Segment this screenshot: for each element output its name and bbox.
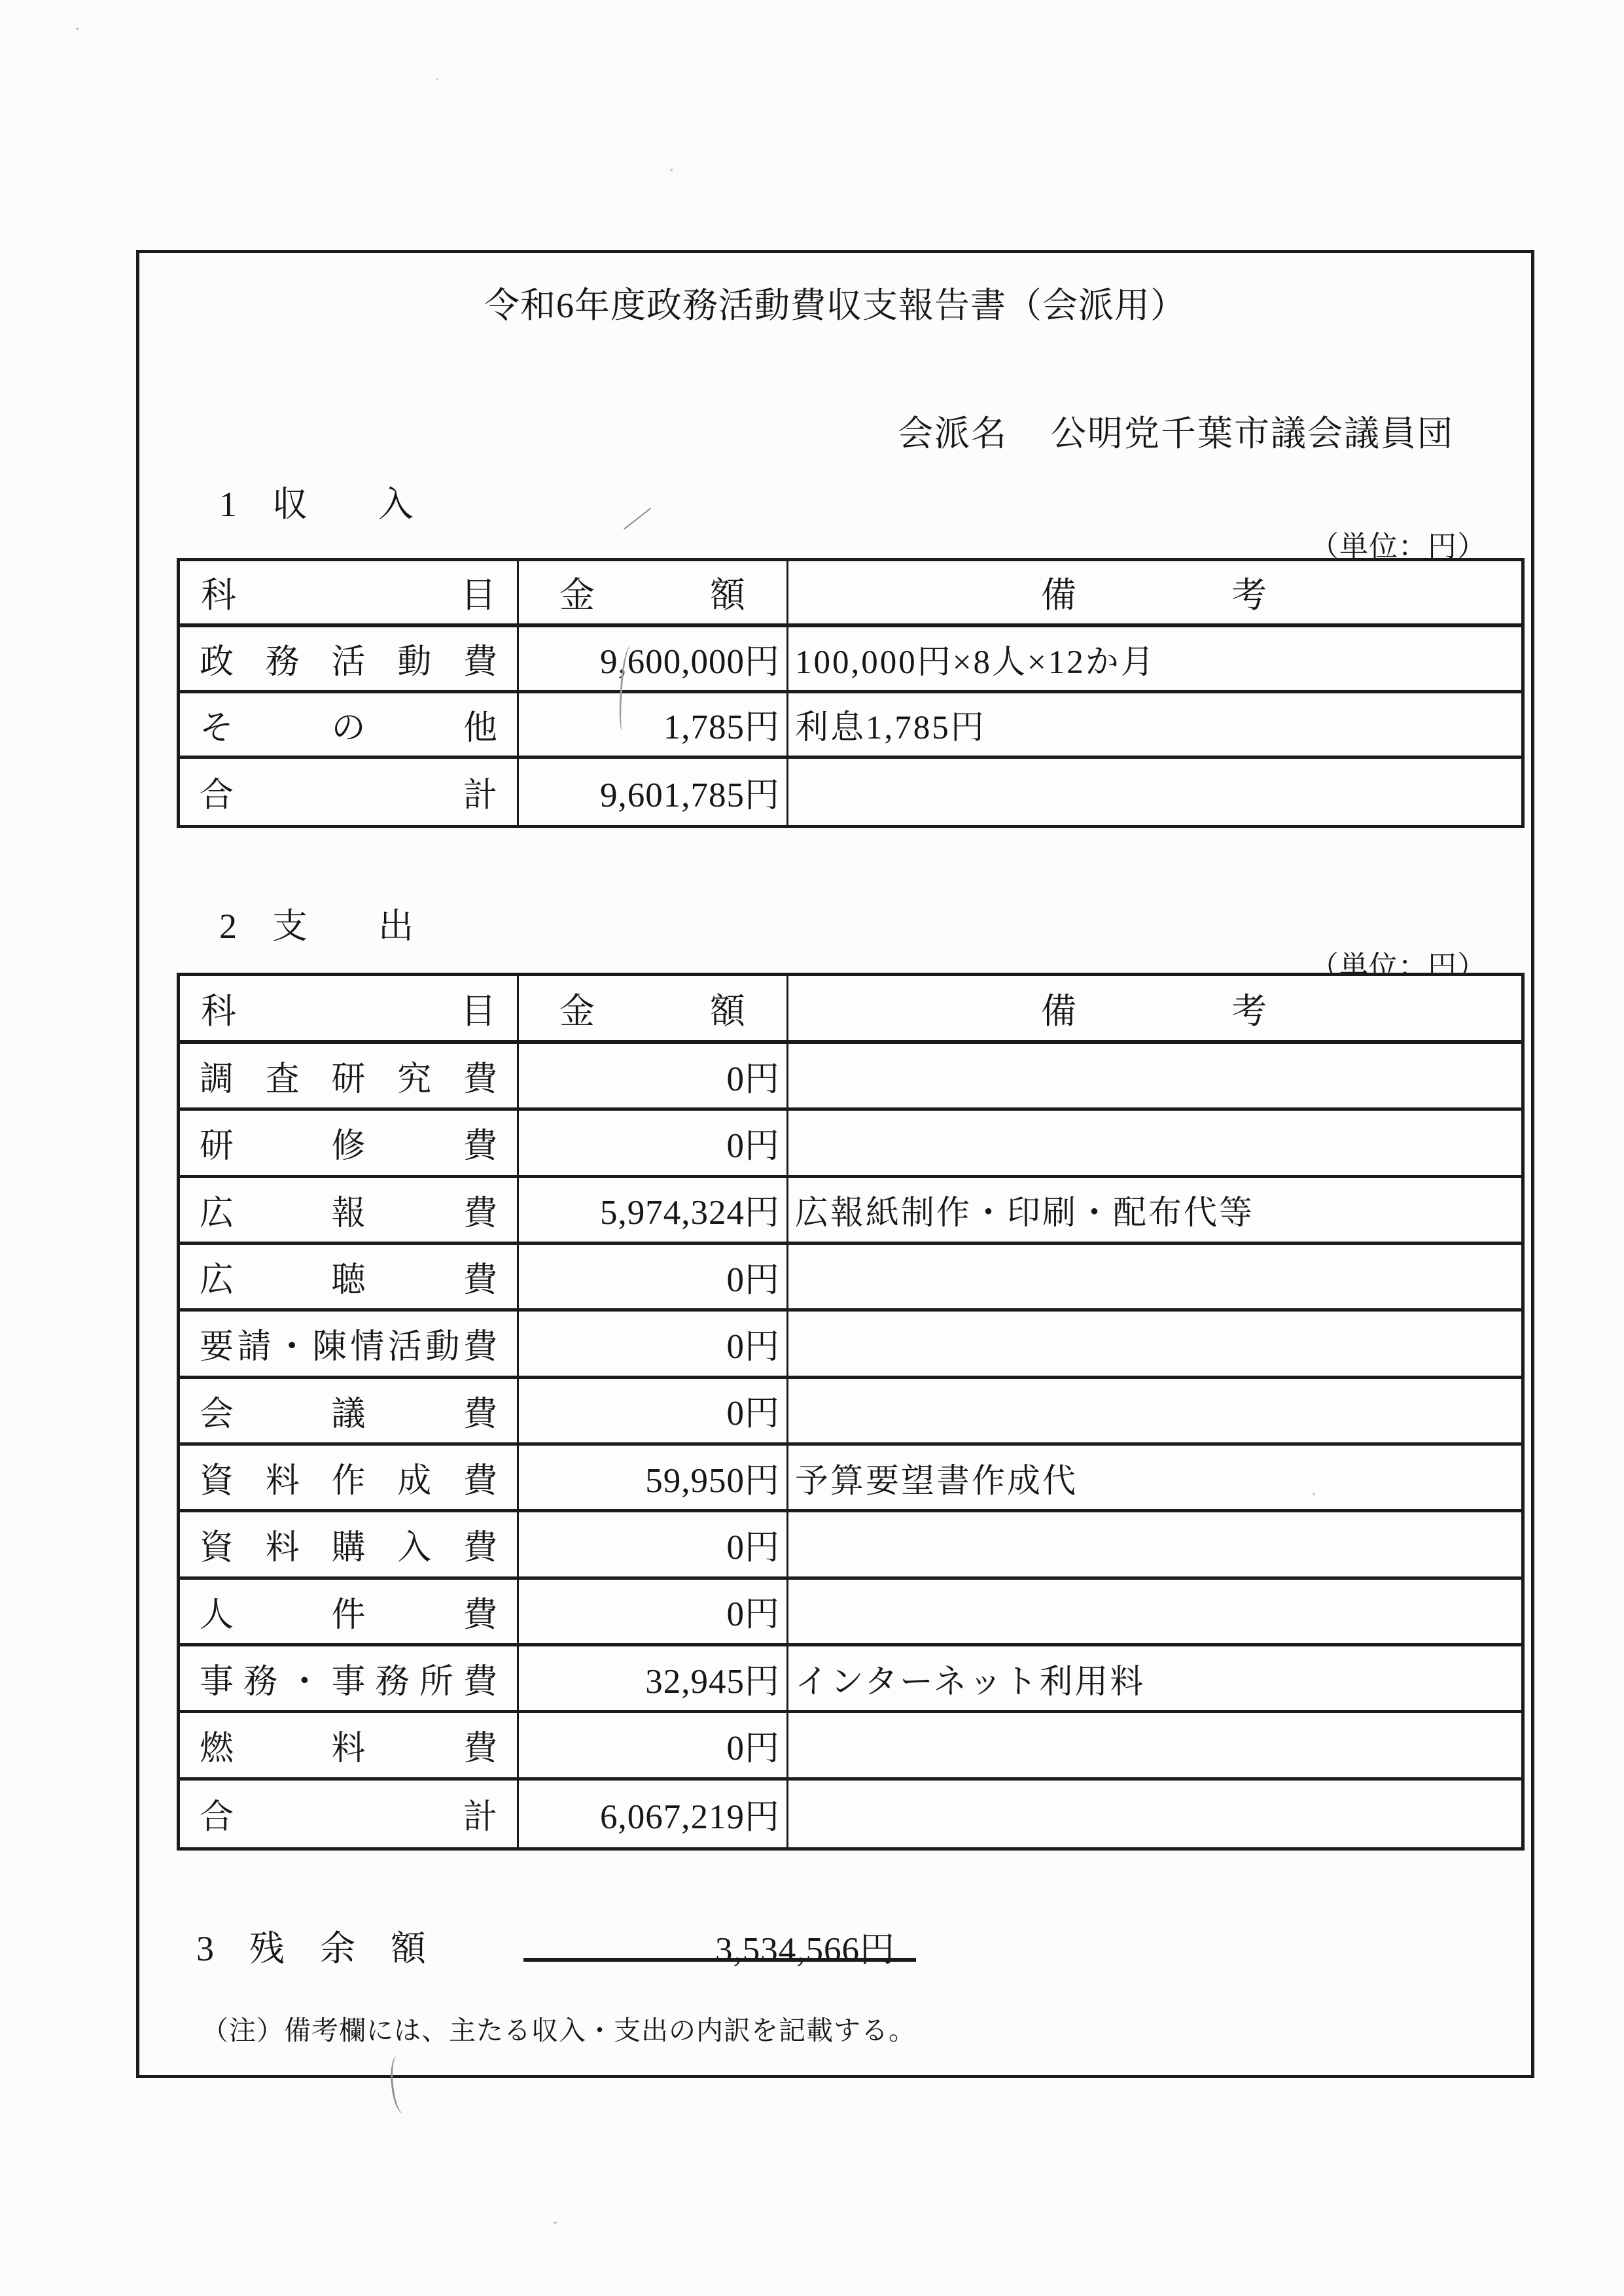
expenditure-row-note: インターネット利用料 <box>788 1646 1521 1713</box>
expenditure-row-item: 調査研究費 <box>180 1044 519 1111</box>
document-border-frame: 令和6年度政務活動費収支報告書（会派用） 会派名公明党千葉市議会議員団 1 収 … <box>136 250 1534 2078</box>
faction-label: 会派名 <box>898 414 1008 453</box>
scan-speck <box>436 78 438 80</box>
expenditure-row-item: 広報費 <box>180 1178 519 1245</box>
expenditure-header-note: 備考 <box>788 976 1521 1044</box>
income-row-amount: 9,600,000円 <box>519 627 788 693</box>
balance-underline <box>523 1958 916 1962</box>
scan-speck <box>217 996 219 998</box>
expenditure-row-note <box>788 1512 1521 1579</box>
expenditure-total-amount: 6,067,219円 <box>519 1781 788 1847</box>
scan-speck <box>554 2221 557 2224</box>
scan-speck <box>76 27 79 30</box>
income-row-item: 政務活動費 <box>180 627 519 693</box>
expenditure-row-amount: 32,945円 <box>519 1646 788 1713</box>
scan-speck <box>1313 1493 1315 1495</box>
balance-amount: 3,534,566円 <box>715 1922 895 1972</box>
page-title: 令和6年度政務活動費収支報告書（会派用） <box>139 277 1531 328</box>
faction-line: 会派名公明党千葉市議会議員団 <box>857 365 1454 496</box>
expenditure-section-heading: 2 支 出 <box>219 898 414 948</box>
expenditure-header-amount: 金額 <box>519 976 788 1044</box>
expenditure-row-item: 燃料費 <box>180 1713 519 1780</box>
balance-section-heading: 3 残 余 額 <box>196 1921 426 1971</box>
expenditure-row-amount: 0円 <box>519 1044 788 1111</box>
income-header-note: 備考 <box>788 561 1521 627</box>
expenditure-row-amount: 5,974,324円 <box>519 1178 788 1245</box>
expenditure-row-item: 資料購入費 <box>180 1512 519 1579</box>
expenditure-row-item: 事務・事務所費 <box>180 1646 519 1713</box>
expenditure-row-item: 研修費 <box>180 1111 519 1177</box>
expenditure-row-item: 要請・陳情活動費 <box>180 1312 519 1378</box>
expenditure-row-amount: 0円 <box>519 1245 788 1312</box>
expenditure-row-item: 資料作成費 <box>180 1446 519 1512</box>
expenditure-row-item: 人件費 <box>180 1580 519 1646</box>
income-section-heading: 1 収 入 <box>219 476 414 527</box>
income-header-item: 科目 <box>180 561 519 627</box>
expenditure-row-amount: 0円 <box>519 1713 788 1780</box>
income-total-note <box>788 759 1521 825</box>
footnote: （注）備考欄には、主たる収入・支出の内訳を記載する。 <box>202 2009 916 2047</box>
expenditure-total-item: 合計 <box>180 1781 519 1847</box>
income-row-item: その他 <box>180 693 519 759</box>
expenditure-row-amount: 0円 <box>519 1111 788 1177</box>
expenditure-row-amount: 0円 <box>519 1580 788 1646</box>
expenditure-row-item: 広聴費 <box>180 1245 519 1312</box>
expenditure-row-amount: 0円 <box>519 1379 788 1446</box>
expenditure-row-note <box>788 1111 1521 1177</box>
income-total-amount: 9,601,785円 <box>519 759 788 825</box>
scan-pen-mark <box>388 2055 410 2114</box>
expenditure-row-note <box>788 1713 1521 1780</box>
expenditure-table: 科目 金額 備考 調査研究費 0円 研修費 0円 広報費 5,974,324円 … <box>177 973 1525 1851</box>
expenditure-row-note <box>788 1379 1521 1446</box>
income-row-note: 100,000円×8人×12か月 <box>788 627 1521 693</box>
expenditure-row-note <box>788 1245 1521 1312</box>
expenditure-row-note <box>788 1044 1521 1111</box>
expenditure-row-amount: 59,950円 <box>519 1446 788 1512</box>
faction-name: 公明党千葉市議会議員団 <box>1051 414 1454 453</box>
expenditure-total-note <box>788 1781 1521 1847</box>
expenditure-row-amount: 0円 <box>519 1512 788 1579</box>
income-table: 科目 金額 備考 政務活動費 9,600,000円 100,000円×8人×12… <box>177 558 1525 828</box>
expenditure-row-amount: 0円 <box>519 1312 788 1378</box>
scan-speck <box>670 169 673 171</box>
income-total-item: 合計 <box>180 759 519 825</box>
scan-pen-mark <box>624 508 651 530</box>
scanned-report-page: { "document": { "title": "令和6年度政務活動費収支報告… <box>0 0 1624 2296</box>
income-row-amount: 1,785円 <box>519 693 788 759</box>
expenditure-row-item: 会議費 <box>180 1379 519 1446</box>
expenditure-header-item: 科目 <box>180 976 519 1044</box>
income-row-note: 利息1,785円 <box>788 693 1521 759</box>
expenditure-row-note <box>788 1580 1521 1646</box>
expenditure-row-note: 予算要望書作成代 <box>788 1446 1521 1512</box>
expenditure-row-note <box>788 1312 1521 1378</box>
income-header-amount: 金額 <box>519 561 788 627</box>
expenditure-row-note: 広報紙制作・印刷・配布代等 <box>788 1178 1521 1245</box>
